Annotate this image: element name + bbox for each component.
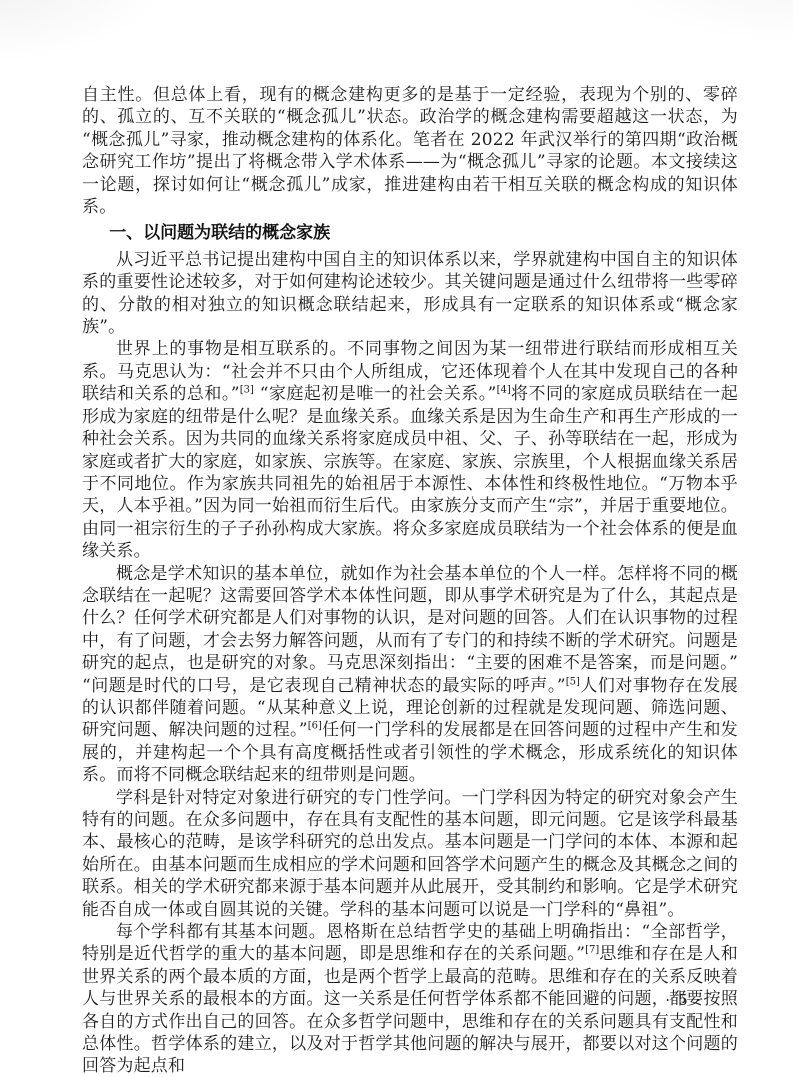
paragraph: 每个学科都有其基本问题。恩格斯在总结哲学史的基础上明确指出：“全部哲学，特别是近… — [82, 921, 738, 1077]
footnote-ref: [5] — [566, 676, 580, 687]
paragraph: 学科是针对特定对象进行研究的专门性学问。一门学科因为特定的研究对象会产生特有的问… — [82, 787, 738, 921]
paragraph: 世界上的事物是相互联系的。不同事物之间因为某一纽带进行联结而形成相互关系。马克思… — [82, 338, 738, 562]
article-body: 自主性。但总体上看，现有的概念建构更多的是基于一定经验，表现为个别的、零碎的、孤… — [82, 84, 738, 1077]
section-heading: 一、以问题为联结的概念家族 — [82, 222, 738, 244]
paragraph: 从习近平总书记提出建构中国自主的知识体系以来，学界就建构中国自主的知识体系的重要… — [82, 249, 738, 339]
paragraph: 概念是学术知识的基本单位，就如作为社会基本单位的个人一样。怎样将不同的概念联结在… — [82, 563, 738, 787]
footnote-ref: [3] — [240, 385, 254, 396]
page-number: · 5 · — [665, 993, 703, 1009]
paragraph: 自主性。但总体上看，现有的概念建构更多的是基于一定经验，表现为个别的、零碎的、孤… — [82, 84, 738, 218]
footnote-ref: [7] — [585, 945, 599, 956]
footnote-ref: [6] — [308, 721, 322, 732]
footnote-ref: [4] — [497, 385, 511, 396]
page: { "document": { "colors": { "paper": "#f… — [0, 0, 793, 1077]
